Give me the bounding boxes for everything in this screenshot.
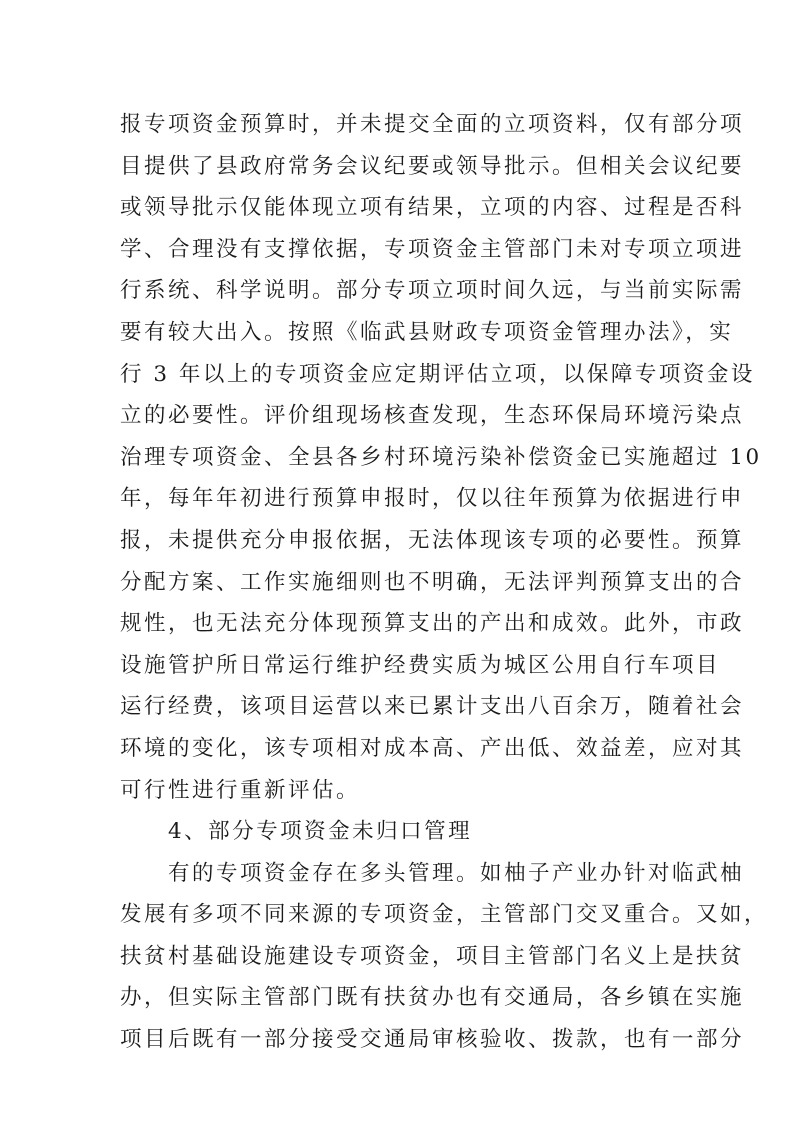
paragraph-line: 治理专项资金、全县各乡村环境污染补偿资金已实施超过 10	[120, 437, 676, 479]
paragraph-line: 报专项资金预算时，并未提交全面的立项资料，仅有部分项	[120, 104, 676, 146]
paragraph-line: 或领导批示仅能体现立项有结果，立项的内容、过程是否科	[120, 187, 676, 229]
document-page: 报专项资金预算时，并未提交全面的立项资料，仅有部分项 目提供了县政府常务会议纪要…	[0, 0, 793, 1122]
paragraph-line: 行系统、科学说明。部分专项立项时间久远，与当前实际需	[120, 270, 676, 312]
paragraph-line: 目提供了县政府常务会议纪要或领导批示。但相关会议纪要	[120, 146, 676, 188]
paragraph-line: 办，但实际主管部门既有扶贫办也有交通局，各乡镇在实施	[120, 977, 676, 1019]
paragraph-line: 行 3 年以上的专项资金应定期评估立项，以保障专项资金设	[120, 354, 676, 396]
paragraph-line: 分配方案、工作实施细则也不明确，无法评判预算支出的合	[120, 562, 676, 604]
paragraph-line: 项目后既有一部分接受交通局审核验收、拨款，也有一部分	[120, 1019, 676, 1061]
paragraph-line: 年，每年年初进行预算申报时，仅以往年预算为依据进行申	[120, 478, 676, 520]
paragraph-line: 可行性进行重新评估。	[120, 770, 676, 812]
paragraph-line: 扶贫村基础设施建设专项资金，项目主管部门名义上是扶贫	[120, 936, 676, 978]
paragraph-line: 要有较大出入。按照《临武县财政专项资金管理办法》，实	[120, 312, 676, 354]
paragraph-line: 运行经费，该项目运营以来已累计支出八百余万，随着社会	[120, 686, 676, 728]
document-body: 报专项资金预算时，并未提交全面的立项资料，仅有部分项 目提供了县政府常务会议纪要…	[120, 104, 676, 1061]
paragraph-line: 有的专项资金存在多头管理。如柚子产业办针对临武柚	[120, 853, 676, 895]
section-heading: 4、部分专项资金未归口管理	[120, 811, 676, 853]
paragraph-line: 学、合理没有支撑依据，专项资金主管部门未对专项立项进	[120, 229, 676, 271]
paragraph-line: 规性，也无法充分体现预算支出的产出和成效。此外，市政	[120, 603, 676, 645]
paragraph-line: 环境的变化，该专项相对成本高、产出低、效益差，应对其	[120, 728, 676, 770]
paragraph-line: 设施管护所日常运行维护经费实质为城区公用自行车项目	[120, 645, 676, 687]
paragraph-line: 报，未提供充分申报依据，无法体现该专项的必要性。预算	[120, 520, 676, 562]
paragraph-line: 立的必要性。评价组现场核查发现，生态环保局环境污染点	[120, 395, 676, 437]
paragraph-line: 发展有多项不同来源的专项资金，主管部门交叉重合。又如，	[120, 894, 676, 936]
